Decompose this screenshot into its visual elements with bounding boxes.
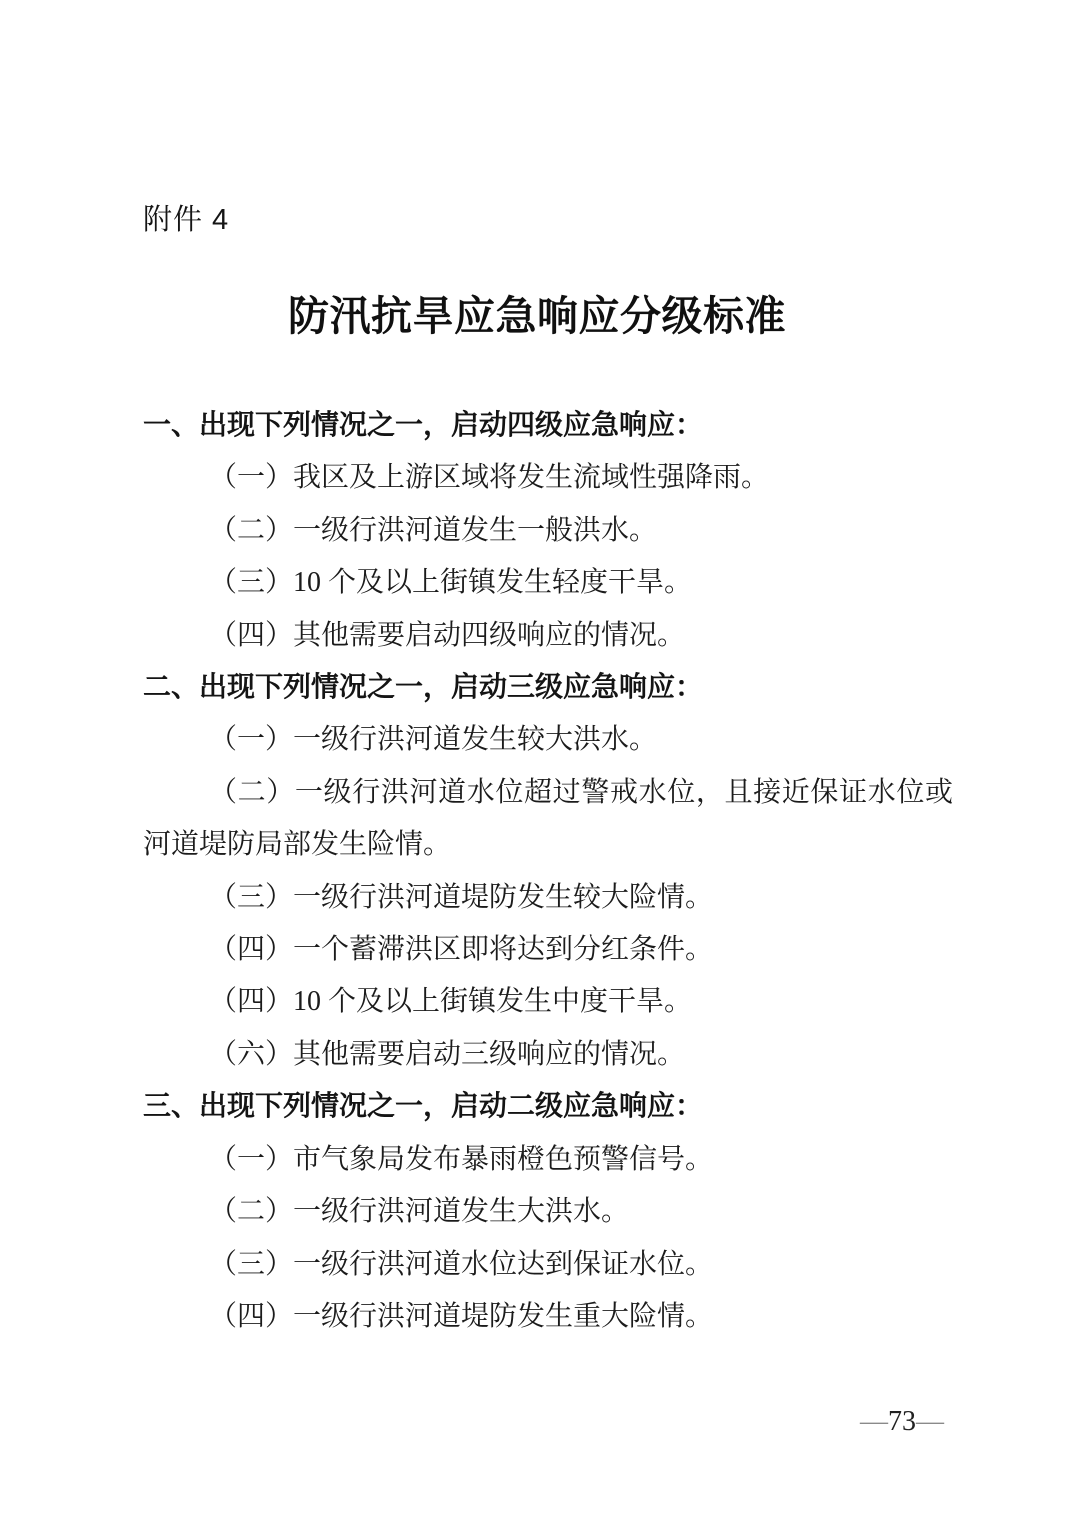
list-item: （三）一级行洪河道水位达到保证水位。 xyxy=(143,1239,953,1291)
list-item: （四）10 个及以上街镇发生中度干旱。 xyxy=(143,976,953,1028)
list-item: （一）市气象局发布暴雨橙色预警信号。 xyxy=(143,1134,953,1186)
section-2-heading: 二、出现下列情况之一，启动三级应急响应： xyxy=(143,662,953,714)
list-item: （二）一级行洪河道发生大洪水。 xyxy=(143,1186,953,1238)
section-1-heading: 一、出现下列情况之一，启动四级应急响应： xyxy=(143,400,953,452)
list-item: （四）一个蓄滞洪区即将达到分红条件。 xyxy=(143,924,953,976)
list-item: （四）其他需要启动四级响应的情况。 xyxy=(143,610,953,662)
list-item: （一）我区及上游区域将发生流域性强降雨。 xyxy=(143,452,953,504)
list-item: （四）一级行洪河道堤防发生重大险情。 xyxy=(143,1291,953,1343)
list-item: （二）一级行洪河道水位超过警戒水位，且接近保证水位或河道堤防局部发生险情。 xyxy=(143,767,953,872)
document-title: 防汛抗旱应急响应分级标准 xyxy=(0,283,1074,342)
list-item: （一）一级行洪河道发生较大洪水。 xyxy=(143,714,953,766)
section-1: 一、出现下列情况之一，启动四级应急响应： （一）我区及上游区域将发生流域性强降雨… xyxy=(143,400,953,662)
list-item: （三）10 个及以上街镇发生轻度干旱。 xyxy=(143,557,953,609)
list-item: （二）一级行洪河道发生一般洪水。 xyxy=(143,505,953,557)
document-page: 附件 4 防汛抗旱应急响应分级标准 一、出现下列情况之一，启动四级应急响应： （… xyxy=(0,0,1074,1520)
footer-dash: — xyxy=(916,1406,944,1437)
list-item: （六）其他需要启动三级响应的情况。 xyxy=(143,1029,953,1081)
list-item: （三）一级行洪河道堤防发生较大险情。 xyxy=(143,872,953,924)
section-3-heading: 三、出现下列情况之一，启动二级应急响应： xyxy=(143,1081,953,1133)
section-3: 三、出现下列情况之一，启动二级应急响应： （一）市气象局发布暴雨橙色预警信号。 … xyxy=(143,1081,953,1343)
attachment-label: 附件 4 xyxy=(143,197,229,238)
section-2: 二、出现下列情况之一，启动三级应急响应： （一）一级行洪河道发生较大洪水。 （二… xyxy=(143,662,953,1081)
footer-dash: — xyxy=(860,1406,888,1437)
page-footer: —73— xyxy=(860,1406,944,1438)
page-number: 73 xyxy=(888,1406,916,1437)
document-body: 一、出现下列情况之一，启动四级应急响应： （一）我区及上游区域将发生流域性强降雨… xyxy=(143,400,953,1343)
